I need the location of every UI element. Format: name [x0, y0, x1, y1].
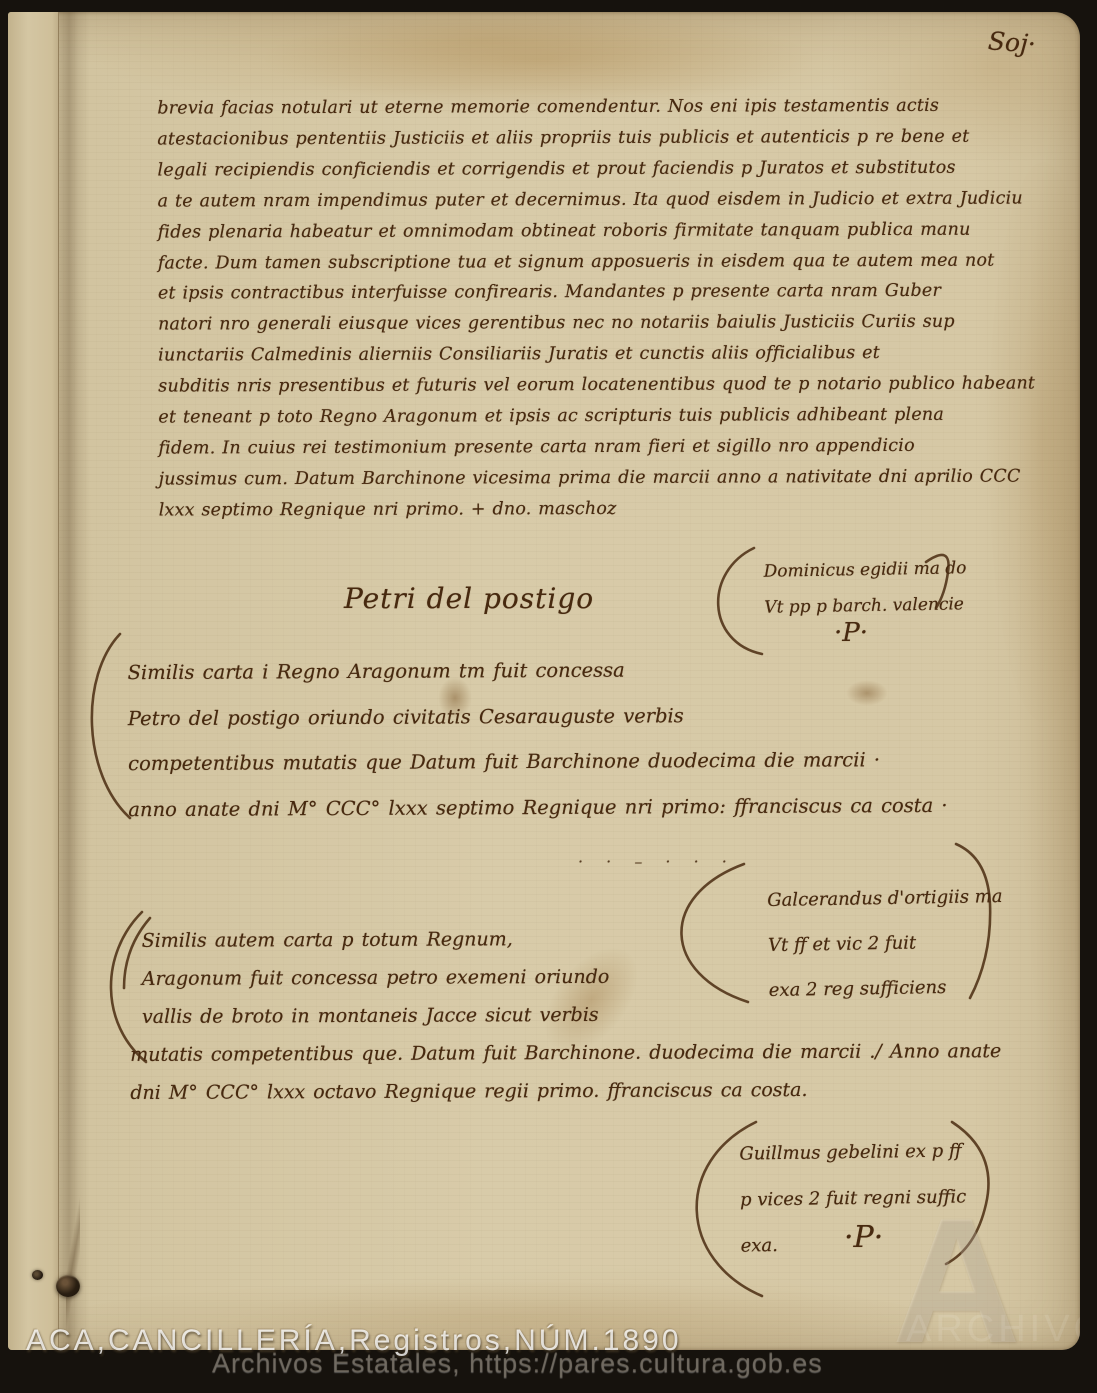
sewing-hole-small: [32, 1270, 43, 1280]
manuscript-text-line: anno anate dni M° CCC° lxxx septimo Regn…: [128, 782, 947, 832]
watermark-portal-url: Archivos Estatales, https://pares.cultur…: [212, 1348, 823, 1379]
manuscript-text-line: a te autem nram impendimus puter et dece…: [158, 183, 1035, 217]
manuscript-text-line: competentibus mutatis que Datum fuit Bar…: [128, 737, 947, 787]
manuscript-text-line: natori nro generali eiusque vices gerent…: [158, 307, 1035, 341]
notary-mark-3: ·P·: [844, 1220, 883, 1255]
sewing-hole-large: [56, 1275, 80, 1297]
manuscript-text-line: Dominicus egidii ma do: [763, 550, 966, 590]
entry-heading: Petri del postigo: [344, 582, 594, 615]
manuscript-text-line: iunctariis Calmedinis alierniis Consilia…: [158, 338, 1035, 372]
manuscript-text-line: subditis nris presentibus et futuris vel…: [158, 369, 1035, 403]
main-text-block: brevia facias notulari ut eterne memorie…: [157, 90, 1035, 526]
entry-text-block-3: Similis autem carta p totum Regnum,Arago…: [142, 918, 1002, 1112]
manuscript-text-line: facte. Dum tamen subscriptione tua et si…: [158, 245, 1035, 279]
manuscript-page: Soj· brevia facias notulari ut eterne me…: [8, 12, 1080, 1350]
manuscript-text-line: fides plenaria habeatur et omnimodam obt…: [158, 214, 1035, 248]
folio-number: Soj·: [987, 26, 1037, 58]
scan-backdrop: Soj· brevia facias notulari ut eterne me…: [0, 0, 1097, 1393]
manuscript-text-line: et teneant p toto Regno Aragonum et ipsi…: [158, 400, 1035, 434]
manuscript-text-line: et ipsis contractibus interfuisse confir…: [158, 276, 1035, 310]
manuscript-text-line: Petro del postigo oriundo civitatis Cesa…: [128, 691, 947, 741]
manuscript-text-line: fidem. In cuius rei testimonium presente…: [158, 430, 1035, 464]
manuscript-text-line: Aragonum fuit concessa petro exemeni ori…: [142, 956, 1001, 998]
manuscript-text-line: Similis carta i Regno Aragonum tm fuit c…: [128, 646, 947, 696]
entry-text-block-2: Similis carta i Regno Aragonum tm fuit c…: [128, 646, 948, 832]
manuscript-text-line: jussimus cum. Datum Barchinone vicesima …: [159, 461, 1036, 495]
manuscript-text-line: dni M° CCC° lxxx octavo Regnique regii p…: [130, 1070, 1001, 1112]
separator-dots: · · – · · ·: [578, 852, 736, 871]
manuscript-text-line: mutatis competentibus que. Datum fuit Ba…: [130, 1032, 1001, 1074]
gutter-shadow: [52, 12, 90, 1350]
manuscript-text-line: lxxx septimo Regnique nri primo. + dno. …: [159, 492, 1036, 526]
manuscript-text-line: brevia facias notulari ut eterne memorie…: [157, 90, 1034, 124]
manuscript-text-line: atestacionibus pententiis Justiciis et a…: [157, 121, 1034, 155]
manuscript-text-line: legali recipiendis conficiendis et corri…: [157, 152, 1034, 186]
pares-corner-watermark-text: ARCHIVOS: [906, 1308, 1080, 1350]
manuscript-text-line: Similis autem carta p totum Regnum,: [142, 918, 1001, 960]
chancery-note-1: Dominicus egidii ma doVt pp p barch. val…: [763, 550, 967, 626]
manuscript-text-line: Guillmus gebelini ex p ff: [739, 1128, 966, 1177]
notary-mark-1: ·P·: [834, 618, 868, 648]
manuscript-text-line: vallis de broto in montaneis Jacce sicut…: [142, 994, 1001, 1036]
manuscript-text-line: Galcerandus d'ortigiis ma: [767, 874, 1003, 923]
